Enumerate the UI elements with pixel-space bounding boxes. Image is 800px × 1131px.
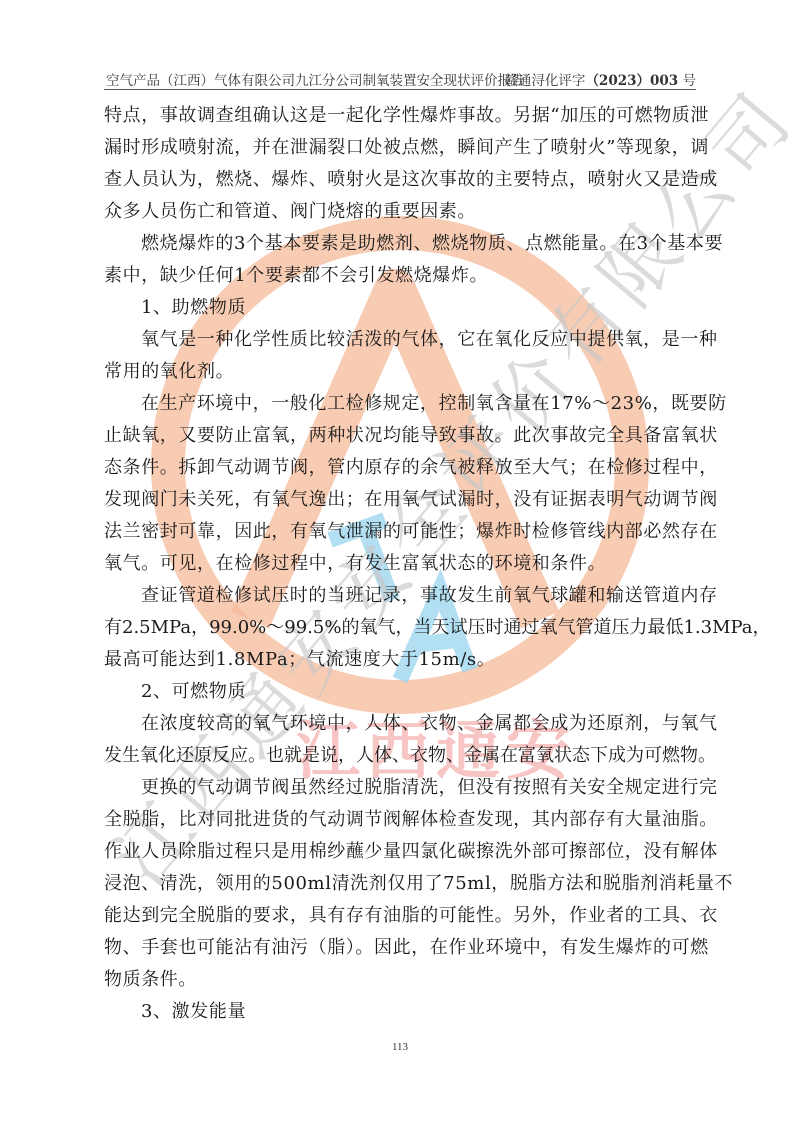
text-line: 浸泡、清洗，领用的500ml清洗剂仅用了75ml，脱脂方法和脱脂剂消耗量不	[104, 868, 733, 900]
document-page: 江西通安安全评价有限公司 江西通安 空气产品（江西）气体有限公司九江分公司制氧装…	[0, 0, 800, 1131]
text-line: 素中，缺少任何1个要素都不会引发燃烧爆炸。	[104, 260, 488, 292]
text-line: 物质条件。	[104, 964, 197, 996]
text-line: 漏时形成喷射流，并在泄漏裂口处被点燃，瞬间产生了喷射火”等现象，调	[104, 132, 709, 164]
text-line: 物、手套也可能沾有油污（脂）。因此，在作业环境中，有发生爆炸的可燃	[104, 932, 709, 964]
text-line: 止缺氧，又要防止富氧，两种状况均能导致事故。此次事故完全具备富氧状	[104, 420, 718, 452]
text-line: 能达到完全脱脂的要求，具有存有油脂的可能性。另外，作业者的工具、衣	[104, 900, 718, 932]
document-number: 赣通浔化评字（2023）003 号	[504, 69, 696, 89]
text-line: 有2.5MPa，99.0%～99.5%的氧气，当天试压时通过氧气管道压力最低1.…	[104, 612, 771, 644]
text-line: 常用的氧化剂。	[104, 356, 234, 388]
text-line: 发现阀门未关死，有氧气逸出；在用氧气试漏时，没有证据表明气动调节阀	[104, 484, 718, 516]
paragraph-start: 在浓度较高的氧气环境中，人体、衣物、金属都会成为还原剂，与氧气	[141, 708, 718, 740]
page-number: 113	[0, 1041, 800, 1053]
section-heading-combustible: 2、可燃物质	[141, 676, 246, 708]
paragraph-start: 氧气是一种化学性质比较活泼的气体，它在氧化反应中提供氧，是一种	[141, 324, 718, 356]
doc-number-prefix: 赣通浔化评字	[504, 73, 585, 89]
section-heading-combustion-supporting: 1、助燃物质	[141, 292, 246, 324]
doc-number-suffix: 号	[683, 73, 697, 89]
text-line: 查人员认为，燃烧、爆炸、喷射火是这次事故的主要特点，喷射火又是造成	[104, 164, 718, 196]
text-line: 作业人员除脂过程只是用棉纱蘸少量四氯化碳擦洗外部可擦部位，没有解体	[104, 836, 718, 868]
section-heading-ignition-energy: 3、激发能量	[141, 996, 246, 1028]
doc-number-year: （2023）003	[585, 73, 678, 89]
paragraph-start: 查证管道检修试压时的当班记录，事故发生前氧气球罐和输送管道内存	[141, 580, 718, 612]
paragraph-start: 在生产环境中，一般化工检修规定，控制氧含量在17%～23%，既要防	[141, 388, 727, 420]
text-line: 最高可能达到1.8MPa；气流速度大于15m/s。	[104, 644, 495, 676]
text-line: 特点，事故调查组确认这是一起化学性爆炸事故。另据“加压的可燃物质泄	[104, 100, 709, 132]
paragraph-start: 更换的气动调节阀虽然经过脱脂清洗，但没有按照有关安全规定进行完	[141, 772, 718, 804]
text-line: 氧气。可见，在检修过程中，有发生富氧状态的环境和条件。	[104, 548, 606, 580]
text-line: 众多人员伤亡和管道、阀门烧熔的重要因素。	[104, 196, 476, 228]
text-line: 发生氧化还原反应。也就是说，人体、衣物、金属在富氧状态下成为可燃物。	[104, 740, 716, 772]
page-header: 空气产品（江西）气体有限公司九江分公司制氧装置安全现状评价报告 赣通浔化评字（2…	[104, 65, 696, 90]
text-line: 全脱脂，比对同批进货的气动调节阀解体检查发现，其内部存有大量油脂。	[104, 804, 718, 836]
paragraph-start: 燃烧爆炸的3个基本要素是助燃剂、燃烧物质、点燃能量。在3个基本要	[141, 228, 723, 260]
text-line: 法兰密封可靠，因此，有氧气泄漏的可能性；爆炸时检修管线内部必然存在	[104, 516, 718, 548]
report-title: 空气产品（江西）气体有限公司九江分公司制氧装置安全现状评价报告	[106, 69, 525, 89]
text-line: 态条件。拆卸气动调节阀，管内原存的余气被释放至大气；在检修过程中，	[104, 452, 718, 484]
